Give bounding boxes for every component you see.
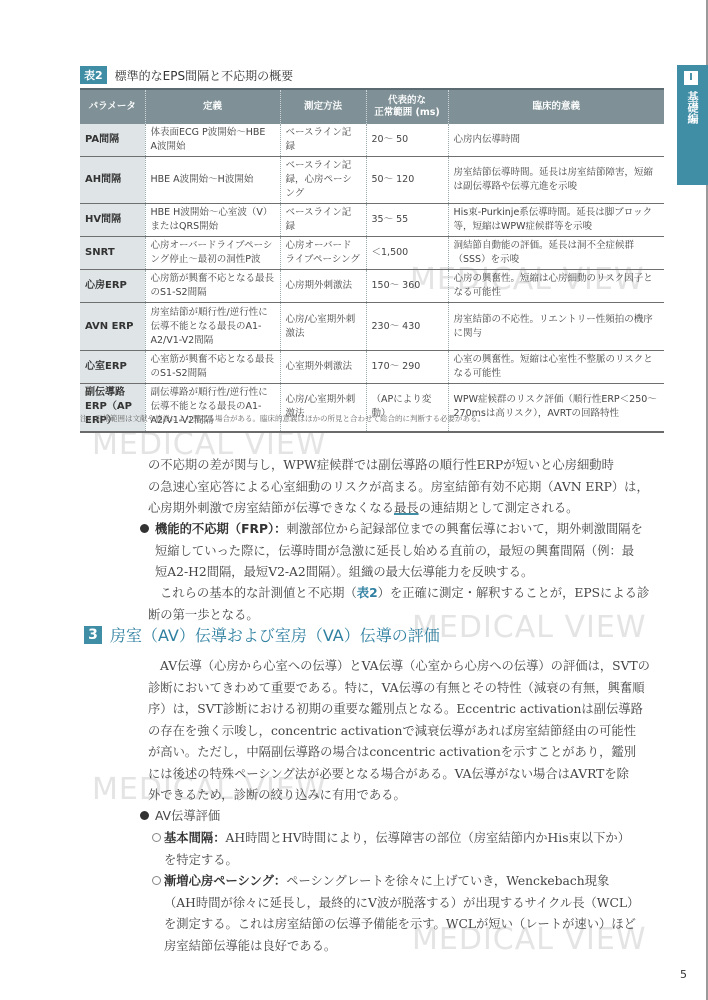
text-span: 刺激部位から記録部位までの興奮伝導において，期外刺激間隔を xyxy=(286,522,642,536)
table-title: 標準的なEPS間隔と不応期の概要 xyxy=(115,67,293,84)
cell-significance: His束-Purkinje系伝導時間。延長は脚ブロック等，短縮はWPW症候群等を… xyxy=(448,204,664,237)
table-row: AVN ERP 房室結節が順行性/逆行性に伝導不能となる最長のA1-A2/V1-… xyxy=(80,303,664,351)
cell-range: 230～ 430 xyxy=(366,303,448,351)
av-bullet-label: AV伝導評価 xyxy=(155,809,220,823)
section3-paragraph: AV伝導（心房から心室への伝導）とVA伝導（心室から心房への伝導）の評価は，SV… xyxy=(148,656,673,807)
sub-heading: 基本間隔： xyxy=(164,831,226,845)
cell-significance: 洞結節自動能の評価。延長は洞不全症候群（SSS）を示唆 xyxy=(448,237,664,270)
cell-definition: 房室結節が順行性/逆行性に伝導不能となる最長のA1-A2/V1-V2間隔 xyxy=(145,303,280,351)
cell-definition: 心室筋が興奮不応となる最長のS1-S2間隔 xyxy=(145,351,280,384)
body-paragraph: の不応期の差が関与し，WPW症候群では副伝導路の順行性ERPが短いと心房細動時 … xyxy=(148,455,673,520)
cell-param: PA間隔 xyxy=(80,124,145,157)
cell-method: 心房/心室期外刺激法 xyxy=(280,384,366,432)
cell-method: 心房期外刺激法 xyxy=(280,270,366,303)
frp-heading: 機能的不応期（FRP）： xyxy=(155,522,286,536)
chapter-number: I xyxy=(684,71,698,85)
summary-paragraph: これらの基本的な計測値と不応期（表2）を正確に測定・解釈することが，EPSによる… xyxy=(148,583,673,626)
table-row: AH間隔 HBE A波開始～H波開始 ベースライン記録，心房ペーシング 50～ … xyxy=(80,157,664,204)
text-line: 短A2-H2間隔，最短V2-A2間隔）。組織の最大伝導能力を反映する。 xyxy=(140,562,680,584)
section-title: 房室（AV）伝導および室房（VA）伝導の評価 xyxy=(110,623,440,646)
chapter-side-tab: I 基礎編 xyxy=(677,65,708,185)
cell-significance: 房室結節伝導時間。延長は房室結節障害，短縮は副伝導路や伝導亢進を示唆 xyxy=(448,157,664,204)
text-line: を特定する。 xyxy=(152,850,674,872)
cell-param: HV間隔 xyxy=(80,204,145,237)
text-line: 診断においてきわめて重要である。特に，VA伝導の有無とその特性（減衰の有無，興奮… xyxy=(148,678,673,700)
cell-range: 50～ 120 xyxy=(366,157,448,204)
section-heading: 3 房室（AV）伝導および室房（VA）伝導の評価 xyxy=(84,623,440,646)
cell-definition: 体表面ECG P波開始～HBE A波開始 xyxy=(145,124,280,157)
cell-method: ベースライン記録，心房ペーシング xyxy=(280,157,366,204)
cell-method: 心房/心室期外刺激法 xyxy=(280,303,366,351)
text-line: の不応期の差が関与し，WPW症候群では副伝導路の順行性ERPが短いと心房細動時 xyxy=(148,455,673,477)
cell-definition: 心房筋が興奮不応となる最長のS1-S2間隔 xyxy=(145,270,280,303)
cell-param: SNRT xyxy=(80,237,145,270)
table-header-row: パラメータ 定義 測定方法 代表的な正常範囲 (ms) 臨床的意義 xyxy=(80,89,664,124)
cell-definition: 心房オーバードライブペーシング停止～最初の洞性P波 xyxy=(145,237,280,270)
cell-param: 心房ERP xyxy=(80,270,145,303)
text-line: には後述の特殊ペーシング法が必要となる場合がある。VA伝導がない場合はAVRTを… xyxy=(148,764,673,786)
table-row: 心房ERP 心房筋が興奮不応となる最長のS1-S2間隔 心房期外刺激法 150～… xyxy=(80,270,664,303)
header-definition: 定義 xyxy=(145,89,280,124)
text-span: ペーシングレートを徐々に上げていき，Wenckebach現象 xyxy=(286,874,609,888)
text-line: を測定する。これは房室結節の伝導予備能を示す。WCLが短い（レートが速い）ほど xyxy=(152,914,674,936)
table-row: SNRT 心房オーバードライブペーシング停止～最初の洞性P波 心房オーバードライ… xyxy=(80,237,664,270)
text-line: が高い。ただし，中隔副伝導路の場合はconcentric activationを… xyxy=(148,742,673,764)
header-range-line1: 代表的な xyxy=(388,95,426,106)
cell-definition: HBE A波開始～H波開始 xyxy=(145,157,280,204)
table-badge: 表2 xyxy=(80,66,107,84)
text-span: AH時間とHV時間により，伝導障害の部位（房室結節内かHis束以下か） xyxy=(226,831,631,845)
cell-param: 副伝導路ERP（AP ERP） xyxy=(80,384,145,432)
table-row: PA間隔 体表面ECG P波開始～HBE A波開始 ベースライン記録 20～ 5… xyxy=(80,124,664,157)
text-line: 序）は，SVT診断における初期の重要な鑑別点となる。Eccentric acti… xyxy=(148,699,673,721)
cell-method: ベースライン記録 xyxy=(280,124,366,157)
cell-param: AH間隔 xyxy=(80,157,145,204)
section-number: 3 xyxy=(84,626,102,644)
frp-bullet: 機能的不応期（FRP）：刺激部位から記録部位までの興奮伝導において，期外刺激間隔… xyxy=(140,519,680,584)
cell-range: 170～ 290 xyxy=(366,351,448,384)
text-span: これらの基本的な計測値と不応期（ xyxy=(160,586,357,600)
sub-heading: 漸増心房ペーシング： xyxy=(164,874,286,888)
text-line: 短縮していった際に，伝導時間が急激に延長し始める直前の，最短の興奮間隔（例：最 xyxy=(140,541,680,563)
cell-range: 20～ 50 xyxy=(366,124,448,157)
text-line: 心房期外刺激で房室結節が伝導できなくなる最長の連結期として測定される。 xyxy=(148,498,673,520)
sub-bullet-icon xyxy=(152,876,161,885)
text-line: の存在を強く示唆し，concentric activationで減衰伝導があれば… xyxy=(148,721,673,743)
cell-definition: HBE H波開始～心室波（V）またはQRS開始 xyxy=(145,204,280,237)
bullet-icon xyxy=(140,524,149,533)
eps-interval-table: パラメータ 定義 測定方法 代表的な正常範囲 (ms) 臨床的意義 PA間隔 体… xyxy=(80,88,664,433)
cell-significance: WPW症候群のリスク評価（順行性ERP＜250～ 270msは高リスク），AVR… xyxy=(448,384,664,432)
cell-method: ベースライン記録 xyxy=(280,204,366,237)
sub-item-incremental-pacing: 漸増心房ペーシング：ペーシングレートを徐々に上げていき，Wenckebach現象… xyxy=(152,871,674,957)
cell-range: 150～ 360 xyxy=(366,270,448,303)
cell-significance: 心房内伝導時間 xyxy=(448,124,664,157)
cell-range: 35～ 55 xyxy=(366,204,448,237)
text-span: 心房期外刺激で房室結節が伝導できなくなる xyxy=(148,501,394,515)
text-span: の連結期として測定される。 xyxy=(419,501,579,515)
cell-significance: 心室の興奮性。短縮は心室性不整脈のリスクとなる可能性 xyxy=(448,351,664,384)
cell-param: AVN ERP xyxy=(80,303,145,351)
text-line: （AH時間が徐々に延長し，最終的にV波が脱落する）が出現するサイクル長（WCL） xyxy=(152,893,674,915)
header-parameter: パラメータ xyxy=(80,89,145,124)
cell-param: 心室ERP xyxy=(80,351,145,384)
table-reference-link[interactable]: 表2 xyxy=(357,586,378,600)
page-number: 5 xyxy=(680,968,687,981)
cell-significance: 房室結節の不応性。リエントリー性頻拍の機序に関与 xyxy=(448,303,664,351)
text-span: ）を正確に測定・解釈することが，EPSによる診 xyxy=(378,586,650,600)
text-line: 房室結節伝導能は良好である。 xyxy=(152,936,674,958)
cell-method: 心室期外刺激法 xyxy=(280,351,366,384)
av-bullet: AV伝導評価 xyxy=(140,806,680,828)
cell-significance: 心房の興奮性。短縮は心房細動のリスク因子となる可能性 xyxy=(448,270,664,303)
text-span: AV伝導（心房から心室への伝導）とVA伝導（心室から心房への伝導）の評価は，SV… xyxy=(160,659,650,673)
table-note: 注：正常範囲は文献や施設により異なる場合がある。臨床的意義はほかの所見と合わせて… xyxy=(80,413,485,424)
header-significance: 臨床的意義 xyxy=(448,89,664,124)
table-row: HV間隔 HBE H波開始～心室波（V）またはQRS開始 ベースライン記録 35… xyxy=(80,204,664,237)
bullet-icon xyxy=(140,811,149,820)
header-range-line2: 正常範囲 (ms) xyxy=(374,107,440,118)
table-caption: 表2 標準的なEPS間隔と不応期の概要 xyxy=(80,66,293,84)
cell-range: ＜1,500 xyxy=(366,237,448,270)
cell-method: 心房オーバードライブペーシング xyxy=(280,237,366,270)
header-range: 代表的な正常範囲 (ms) xyxy=(366,89,448,124)
text-line: の急速心室応答による心室細動のリスクが高まる。房室結節有効不応期（AVN ERP… xyxy=(148,477,673,499)
chapter-label: 基礎編 xyxy=(685,91,699,124)
sub-bullet-icon xyxy=(152,833,161,842)
header-method: 測定方法 xyxy=(280,89,366,124)
cell-definition: 副伝導路が順行性/逆行性に伝導不能となる最長のA1-A2/V1-V2間隔 xyxy=(145,384,280,432)
table-row: 副伝導路ERP（AP ERP） 副伝導路が順行性/逆行性に伝導不能となる最長のA… xyxy=(80,384,664,432)
sub-item-basic-interval: 基本間隔：AH時間とHV時間により，伝導障害の部位（房室結節内かHis束以下か）… xyxy=(152,828,674,871)
text-line: 外できるため，診断の絞り込みに有用である。 xyxy=(148,785,673,807)
cell-range: （APにより変動） xyxy=(366,384,448,432)
table-row: 心室ERP 心室筋が興奮不応となる最長のS1-S2間隔 心室期外刺激法 170～… xyxy=(80,351,664,384)
emphasis-longest: 最長 xyxy=(394,501,419,515)
